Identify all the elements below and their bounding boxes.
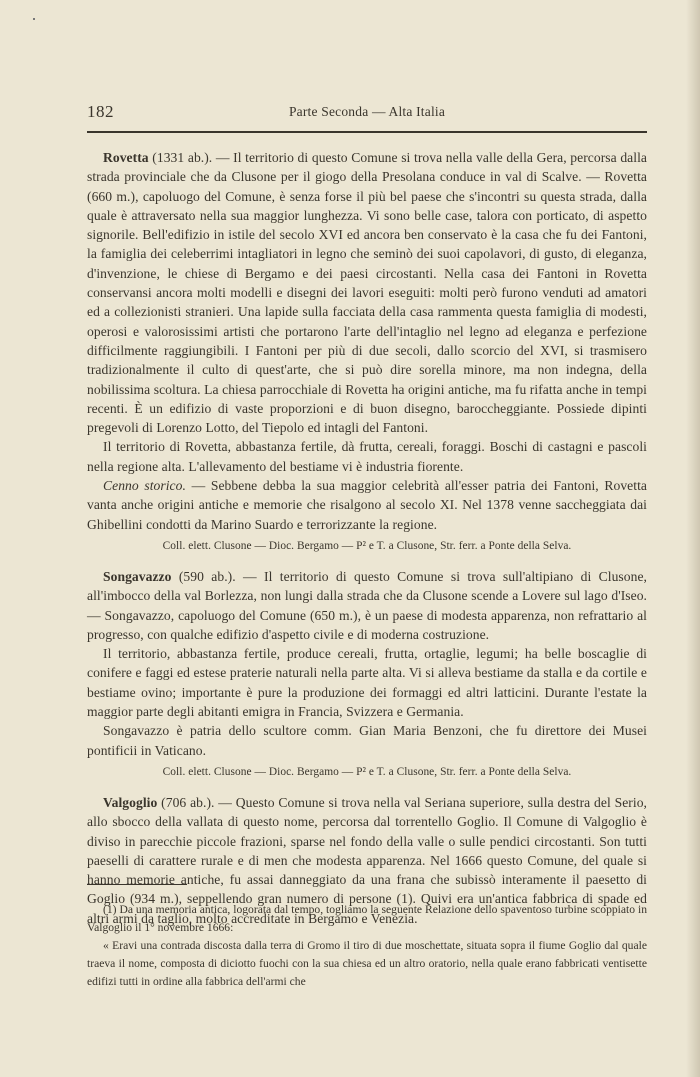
entry-name-rovetta: Rovetta xyxy=(103,150,149,165)
entry-name-songavazzo: Songavazzo xyxy=(103,569,171,584)
entry-songavazzo-territory: Il territorio, abbastanza fertile, produ… xyxy=(87,644,647,721)
running-title: Parte Seconda — Alta Italia xyxy=(87,104,647,120)
header-rule xyxy=(87,131,647,133)
entry-songavazzo-intro: Songavazzo (590 ab.). — Il territorio di… xyxy=(87,567,647,644)
entry-rovetta-intro: Rovetta (1331 ab.). — Il territorio di q… xyxy=(87,148,647,437)
page-header: 182 Parte Seconda — Alta Italia xyxy=(87,102,647,122)
page-body: Rovetta (1331 ab.). — Il territorio di q… xyxy=(87,148,647,928)
footnote-1: (1) Da una memoria antica, logorata dal … xyxy=(87,901,647,937)
entry-rovetta-admin: Coll. elett. Clusone — Dioc. Bergamo — P… xyxy=(87,538,647,555)
historical-label: Cenno storico. xyxy=(103,478,186,493)
footnotes: (1) Da una memoria antica, logorata dal … xyxy=(87,901,647,991)
footnote-1-quote: « Eravi una contrada discosta dalla terr… xyxy=(87,937,647,991)
entry-rovetta-territory: Il territorio di Rovetta, abbastanza fer… xyxy=(87,437,647,476)
footnote-rule xyxy=(87,884,187,885)
entry-name-valgoglio: Valgoglio xyxy=(103,795,157,810)
scan-speck xyxy=(33,18,35,20)
entry-rovetta-history: Cenno storico. — Sebbene debba la sua ma… xyxy=(87,476,647,534)
entry-songavazzo-admin: Coll. elett. Clusone — Dioc. Bergamo — P… xyxy=(87,764,647,781)
entry-songavazzo-notable: Songavazzo è patria dello scultore comm.… xyxy=(87,721,647,760)
page-edge-shadow xyxy=(686,0,700,1077)
